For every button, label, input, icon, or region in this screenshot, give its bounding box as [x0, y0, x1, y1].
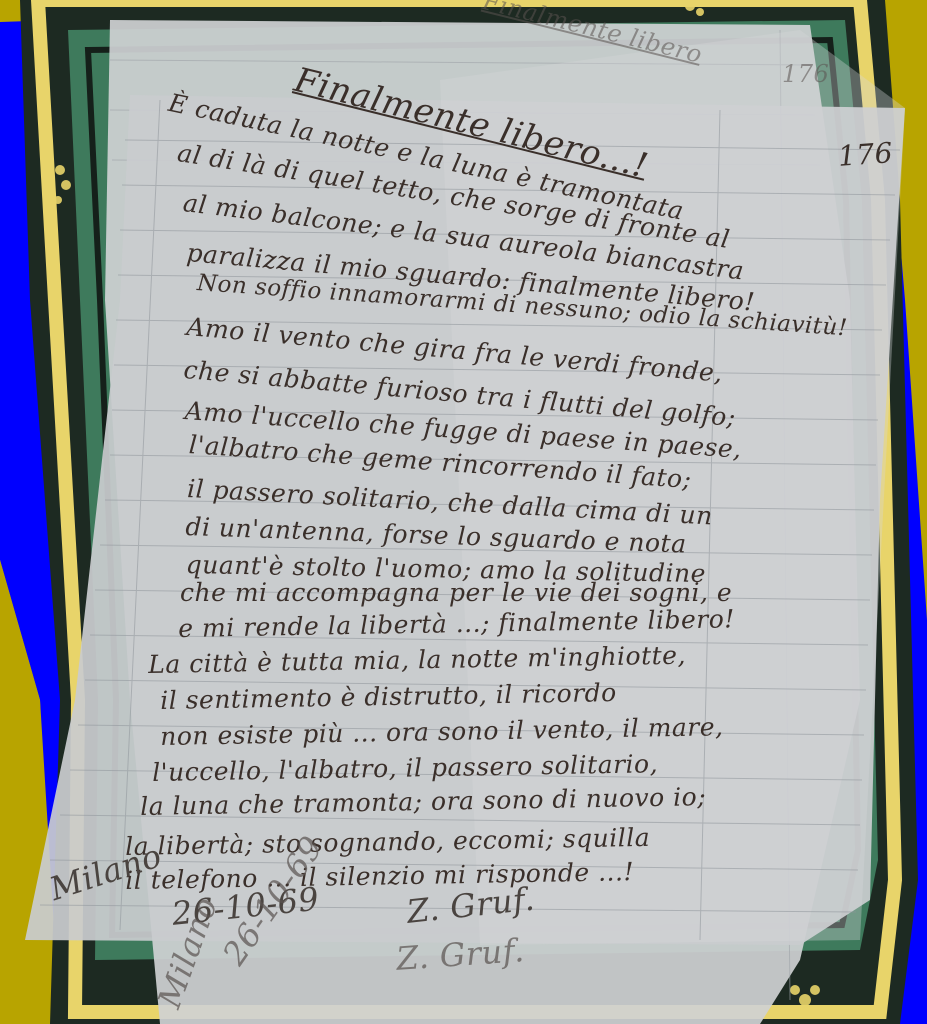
page-number: 176	[837, 136, 894, 173]
text-line: che mi accompagna per le vie dei sogni, …	[180, 578, 732, 607]
ghost-page-number: 176	[782, 60, 829, 88]
